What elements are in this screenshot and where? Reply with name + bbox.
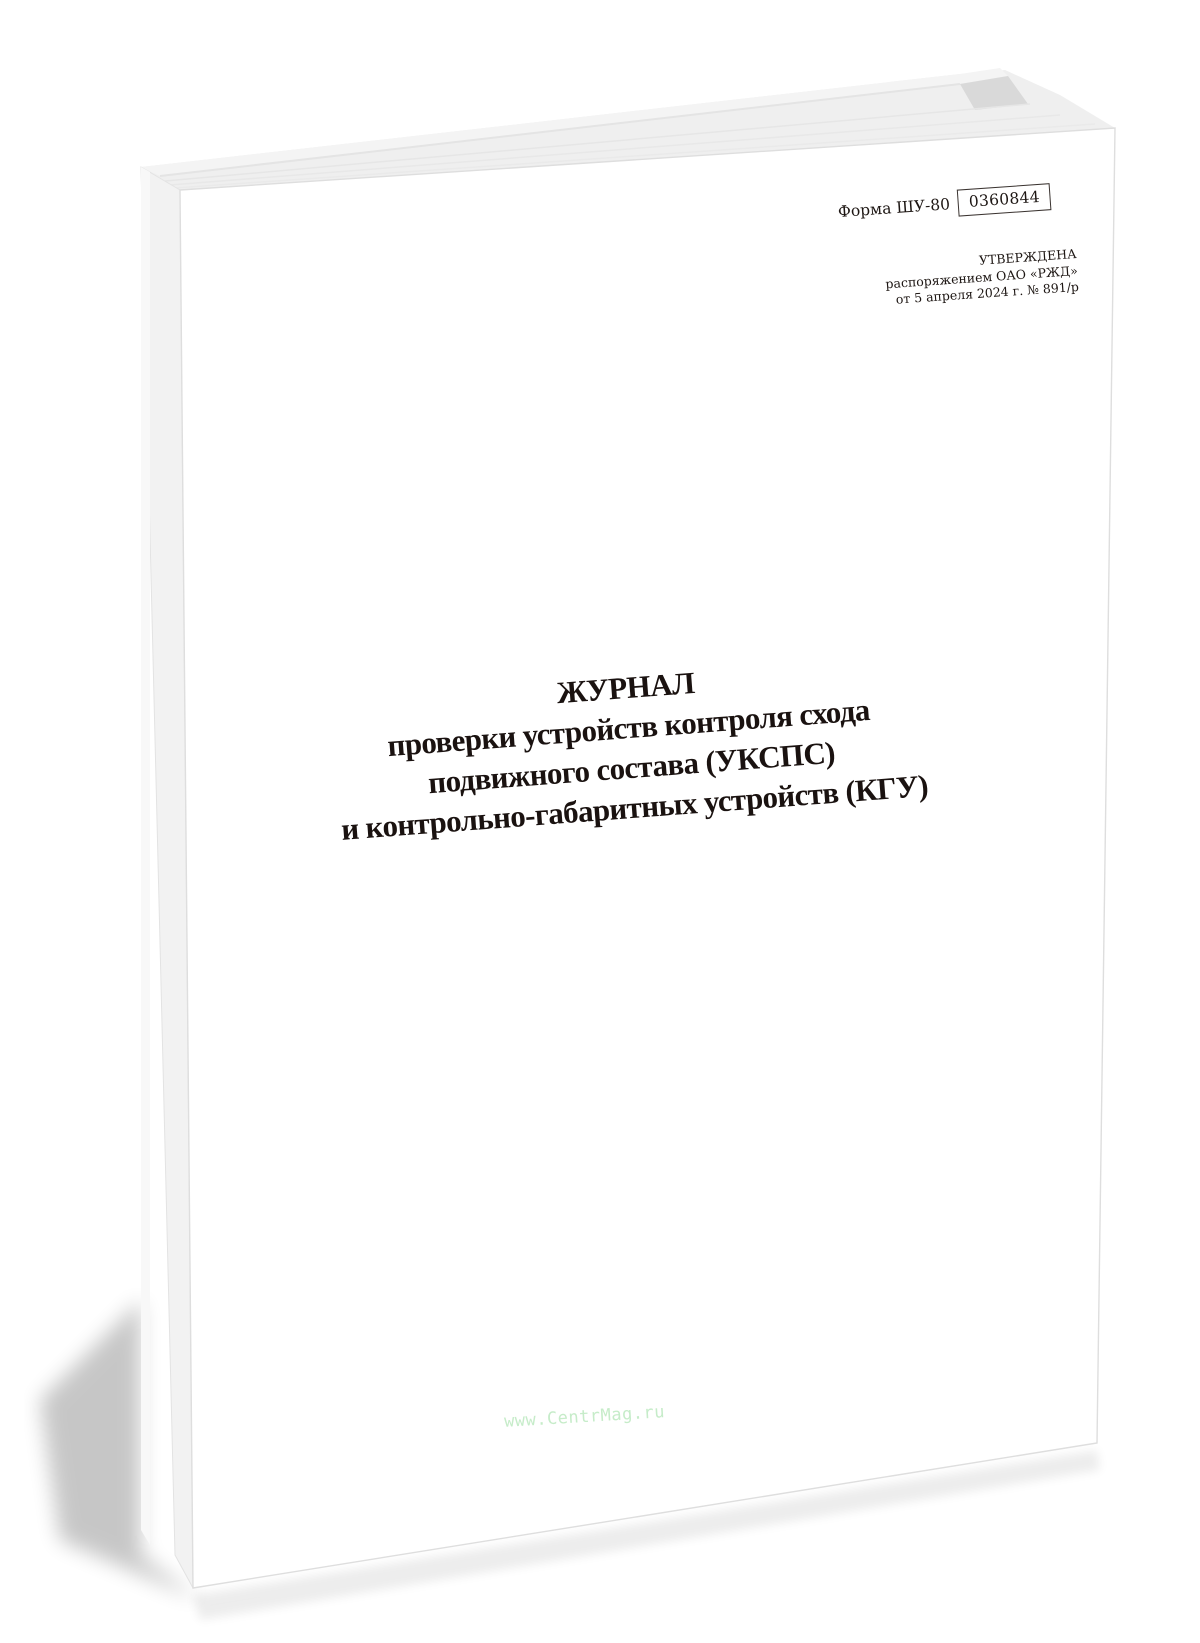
- front-cover: [180, 128, 1115, 1588]
- form-label: Форма ШУ-80: [837, 195, 950, 221]
- book-mockup-scene: Форма ШУ-80 0360844 УТВЕРЖДЕНА распоряже…: [0, 0, 1200, 1643]
